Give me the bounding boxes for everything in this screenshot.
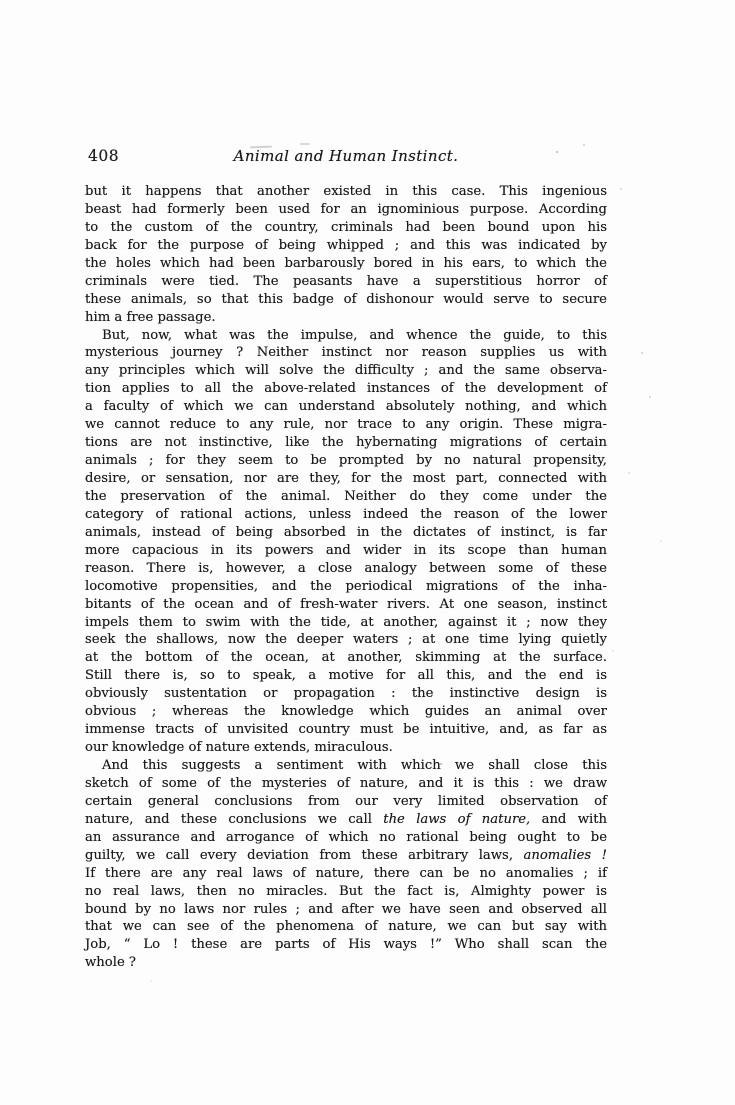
text-line: bound by no laws nor rules ; and after w… <box>85 901 607 919</box>
text-line: any principles which will solve the diff… <box>85 362 607 380</box>
text-line: animals ; for they seem to be prompted b… <box>85 452 607 470</box>
text-line: a faculty of which we can understand abs… <box>85 398 607 416</box>
text-line: tions are not instinctive, like the hybe… <box>85 434 607 452</box>
text-line: category of rational actions, unless ind… <box>85 506 607 524</box>
text-line: but it happens that another existed in t… <box>85 183 607 201</box>
text-line: If there are any real laws of nature, th… <box>85 865 607 883</box>
text-line: to the custom of the country, criminals … <box>85 219 607 237</box>
text-line: animals, instead of being absorbed in th… <box>85 524 607 542</box>
text-line: immense tracts of unvisited country must… <box>85 721 607 739</box>
text-line: at the bottom of the ocean, at another, … <box>85 649 607 667</box>
page-header: 408 Animal and Human Instinct. <box>85 147 607 171</box>
scan-smudge <box>300 143 310 145</box>
text-line: certain general conclusions from our ver… <box>85 793 607 811</box>
text-line: him a free passage. <box>85 309 607 327</box>
text-line: Job, “ Lo ! these are parts of His ways … <box>85 936 607 954</box>
text-line: our knowledge of nature extends, miracul… <box>85 739 607 757</box>
text-line: seek the shallows, now the deeper waters… <box>85 631 607 649</box>
text-line: nature, and these conclusions we call th… <box>85 811 607 829</box>
text-line: back for the purpose of being whipped ; … <box>85 237 607 255</box>
text-line: the holes which had been barbarously bor… <box>85 255 607 273</box>
text-line: Still there is, so to speak, a motive fo… <box>85 667 607 685</box>
text-line: an assurance and arrogance of which no r… <box>85 829 607 847</box>
text-line: But, now, what was the impulse, and when… <box>85 327 607 345</box>
text-line: whole ? <box>85 954 607 972</box>
page-number: 408 <box>88 147 119 165</box>
text-line: more capacious in its powers and wider i… <box>85 542 607 560</box>
text-line: the preservation of the animal. Neither … <box>85 488 607 506</box>
text-line: guilty, we call every deviation from the… <box>85 847 607 865</box>
scan-noise <box>0 0 2 2</box>
text-line: bitants of the ocean and of fresh-water … <box>85 596 607 614</box>
text-line: locomotive propensities, and the periodi… <box>85 578 607 596</box>
running-title: Animal and Human Instinct. <box>85 147 607 165</box>
text-line: desire, or sensation, nor are they, for … <box>85 470 607 488</box>
text-line: that we can see of the phenomena of natu… <box>85 918 607 936</box>
text-line: beast had formerly been used for an igno… <box>85 201 607 219</box>
text-line: reason. There is, however, a close analo… <box>85 560 607 578</box>
text-line: criminals were tied. The peasants have a… <box>85 273 607 291</box>
text-line: And this suggests a sentiment with which… <box>85 757 607 775</box>
text-line: these animals, so that this badge of dis… <box>85 291 607 309</box>
text-line: we cannot reduce to any rule, nor trace … <box>85 416 607 434</box>
text-line: impels them to swim with the tide, at an… <box>85 614 607 632</box>
book-page: 408 Animal and Human Instinct. but it ha… <box>0 0 735 1105</box>
text-line: obviously sustentation or propagation : … <box>85 685 607 703</box>
text-line: mysterious journey ? Neither instinct no… <box>85 344 607 362</box>
text-line: sketch of some of the mysteries of natur… <box>85 775 607 793</box>
text-line: tion applies to all the above-related in… <box>85 380 607 398</box>
text-line: no real laws, then no miracles. But the … <box>85 883 607 901</box>
text-line: obvious ; whereas the knowledge which gu… <box>85 703 607 721</box>
page-body: but it happens that another existed in t… <box>85 183 607 972</box>
